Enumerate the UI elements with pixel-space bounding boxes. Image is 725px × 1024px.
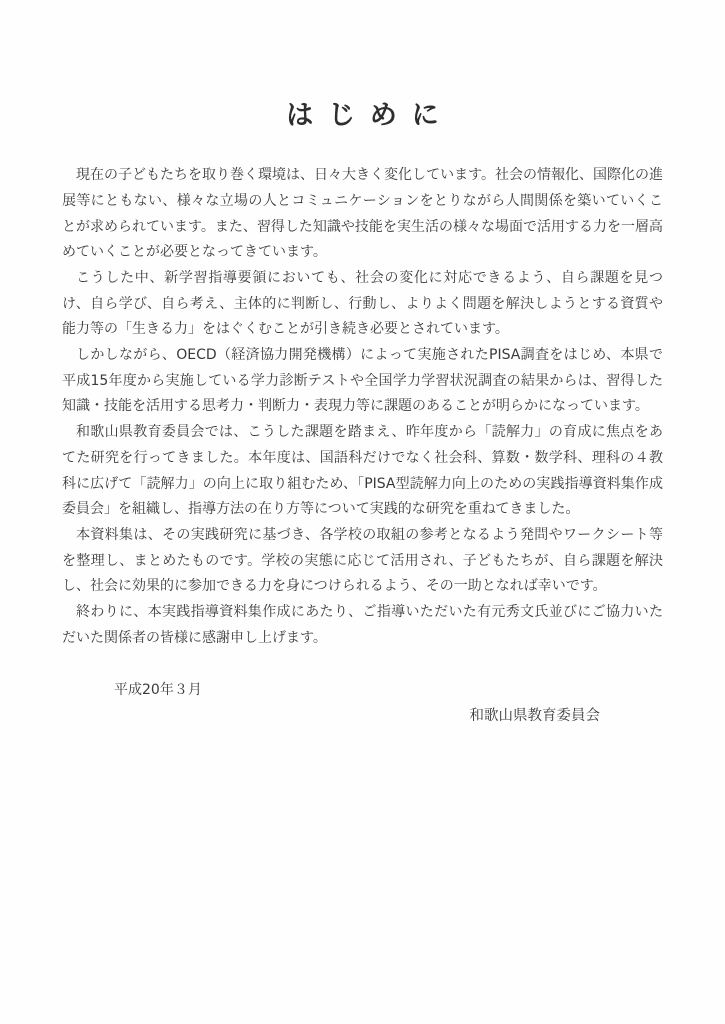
page-title: はじめに: [62, 98, 663, 133]
paragraph-1: 現在の子どもたちを取り巻く環境は、日々大きく変化しています。社会の情報化、国際化…: [62, 163, 663, 266]
paragraph-6: 終わりに、本実践指導資料集作成にあたり、ご指導いただいた有元秀文氏並びにご協力い…: [62, 600, 663, 651]
paragraph-3: しかしながら、OECD（経済協力開発機構）によって実施されたPISA調査をはじめ…: [62, 343, 663, 420]
paragraph-2: こうした中、新学習指導要領においても、社会の変化に対応できるよう、自ら課題を見つ…: [62, 266, 663, 343]
document-body: 現在の子どもたちを取り巻く環境は、日々大きく変化しています。社会の情報化、国際化…: [62, 163, 663, 651]
document-page: はじめに 現在の子どもたちを取り巻く環境は、日々大きく変化しています。社会の情報…: [0, 0, 725, 1024]
paragraph-4: 和歌山県教育委員会では、こうした課題を踏まえ、昨年度から「読解力」の育成に焦点を…: [62, 420, 663, 523]
signature-line: 和歌山県教育委員会: [62, 704, 663, 730]
date-line: 平成20年３月: [62, 678, 663, 704]
paragraph-5: 本資料集は、その実践研究に基づき、各学校の取組の参考となるよう発問やワークシート…: [62, 523, 663, 600]
